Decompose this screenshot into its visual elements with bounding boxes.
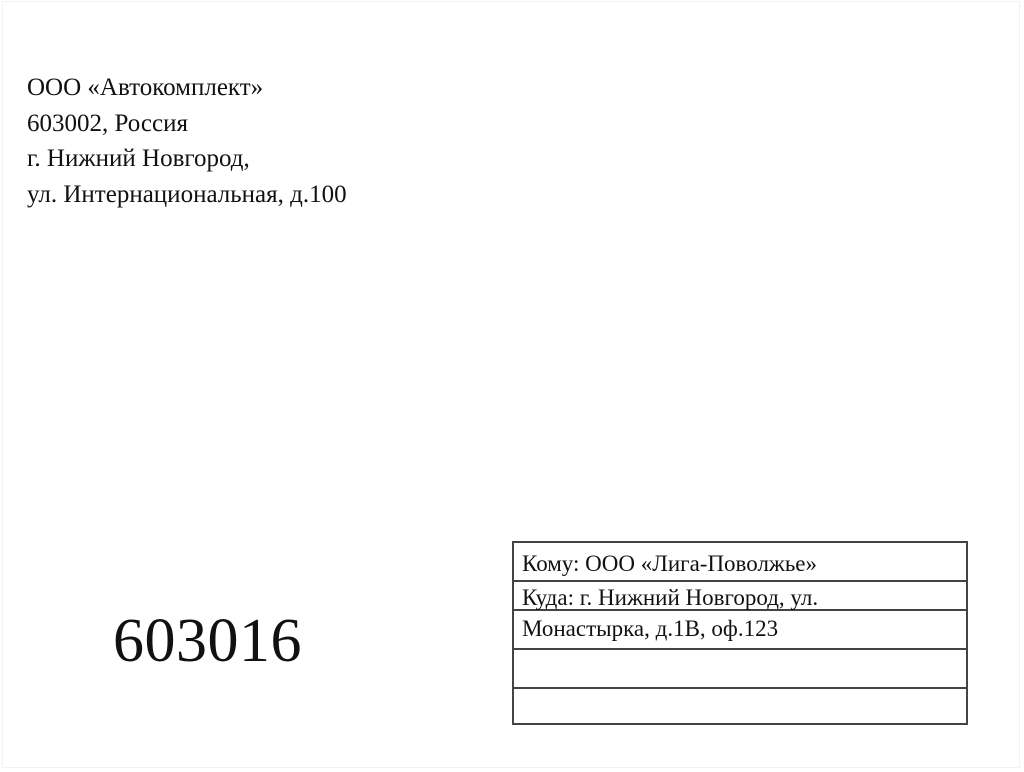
address-row-empty — [514, 650, 966, 689]
address-row-to: Кому: ООО «Лига-Поволжье» — [514, 543, 966, 582]
address-row-empty — [514, 689, 966, 723]
sender-city: г. Нижний Новгород, — [27, 141, 347, 177]
address-row-text: Кому: ООО «Лига-Поволжье» — [522, 552, 817, 575]
address-row-where: Куда: г. Нижний Новгород, ул. — [514, 582, 966, 611]
address-row-street: Монастырка, д.1В, оф.123 — [514, 611, 966, 650]
sender-address: ООО «Автокомплект» 603002, Россия г. Ниж… — [27, 70, 347, 212]
sender-company: ООО «Автокомплект» — [27, 70, 347, 106]
recipient-address-box: Кому: ООО «Лига-Поволжье» Куда: г. Нижни… — [512, 541, 968, 725]
address-row-text: Монастырка, д.1В, оф.123 — [522, 617, 778, 640]
sender-postcode-country: 603002, Россия — [27, 106, 347, 142]
recipient-postcode: 603016 — [113, 610, 302, 672]
address-row-text: Куда: г. Нижний Новгород, ул. — [522, 586, 818, 609]
sender-street: ул. Интернациональная, д.100 — [27, 177, 347, 213]
